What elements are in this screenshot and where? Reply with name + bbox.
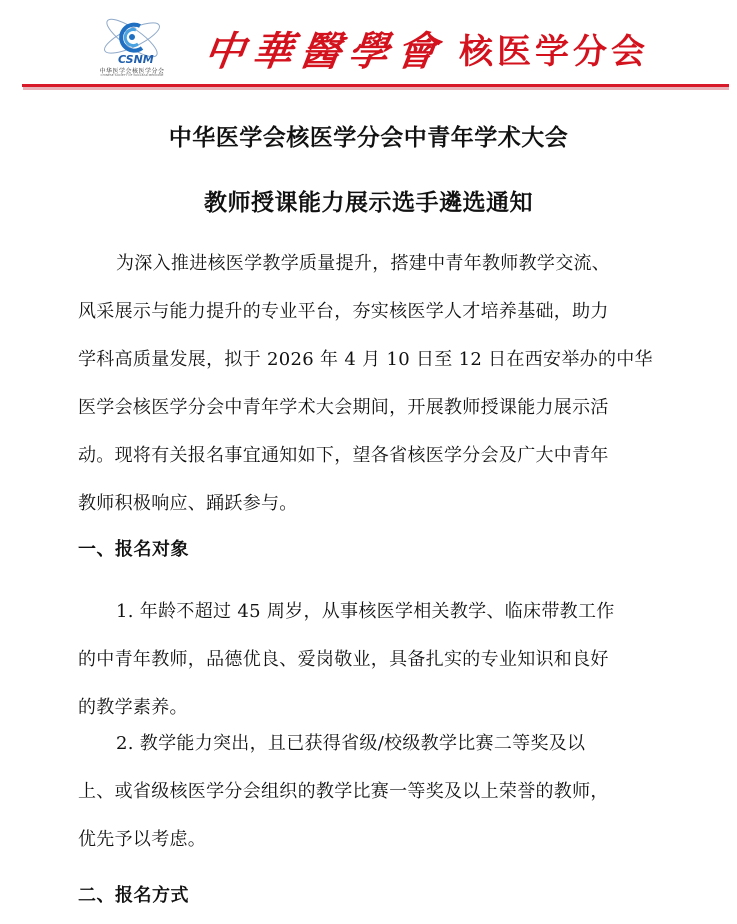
logo-en-name: CHINESE SOCIETY OF NUCLEAR MEDICINE — [96, 73, 168, 77]
eligibility-item-1: 1. 年龄不超过 45 周岁，从事核医学相关教学、临床带教工作 的中青年教师，品… — [78, 588, 663, 732]
paragraph-line: 学科高质量发展，拟于 2026 年 4 月 10 日至 12 日在西安举办的中华 — [78, 336, 663, 384]
intro-paragraph: 为深入推进核医学教学质量提升，搭建中青年教师教学交流、 风采展示与能力提升的专业… — [78, 240, 663, 528]
header-divider-shadow — [23, 87, 729, 90]
banner-branch-name: 核医学分会 — [459, 24, 649, 73]
paragraph-line: 的中青年教师，品德优良、爱岗敬业，具备扎实的专业知识和良好 — [78, 636, 663, 684]
csnm-logo: CSNM 中华医学会核医学分会 CHINESE SOCIETY OF NUCLE… — [96, 14, 168, 80]
paragraph-line: 上、或省级核医学分会组织的教学比赛一等奖及以上荣誉的教师， — [78, 768, 663, 816]
paragraph-line: 医学会核医学分会中青年学术大会期间，开展教师授课能力展示活 — [78, 384, 663, 432]
paragraph-line: 为深入推进核医学教学质量提升，搭建中青年教师教学交流、 — [78, 240, 663, 288]
paragraph-line: 动。现将有关报名事宜通知如下，望各省核医学分会及广大中青年 — [78, 432, 663, 480]
banner-calligraphy: 中華醫學會 — [201, 20, 449, 77]
document-title-line-2: 教师授课能力展示选手遴选通知 — [0, 184, 737, 217]
eligibility-item-2: 2. 教学能力突出，且已获得省级/校级教学比赛二等奖及以 上、或省级核医学分会组… — [78, 720, 663, 864]
paragraph-line: 1. 年龄不超过 45 周岁，从事核医学相关教学、临床带教工作 — [78, 588, 663, 636]
paragraph-line: 2. 教学能力突出，且已获得省级/校级教学比赛二等奖及以 — [78, 720, 663, 768]
paragraph-line: 风采展示与能力提升的专业平台，夯实核医学人才培养基础，助力 — [78, 288, 663, 336]
atom-logo-icon: CSNM — [96, 14, 168, 66]
paragraph-line: 教师积极响应、踊跃参与。 — [78, 480, 663, 528]
letterhead: CSNM 中华医学会核医学分会 CHINESE SOCIETY OF NUCLE… — [0, 0, 737, 100]
section-heading-registration: 二、报名方式 — [78, 881, 189, 907]
society-banner: 中華醫學會 核医学分会 — [205, 22, 649, 74]
document-title-line-1: 中华医学会核医学分会中青年学术大会 — [0, 119, 737, 152]
section-heading-eligibility: 一、报名对象 — [78, 535, 189, 561]
paragraph-line: 优先予以考虑。 — [78, 816, 663, 864]
svg-text:CSNM: CSNM — [118, 53, 154, 66]
